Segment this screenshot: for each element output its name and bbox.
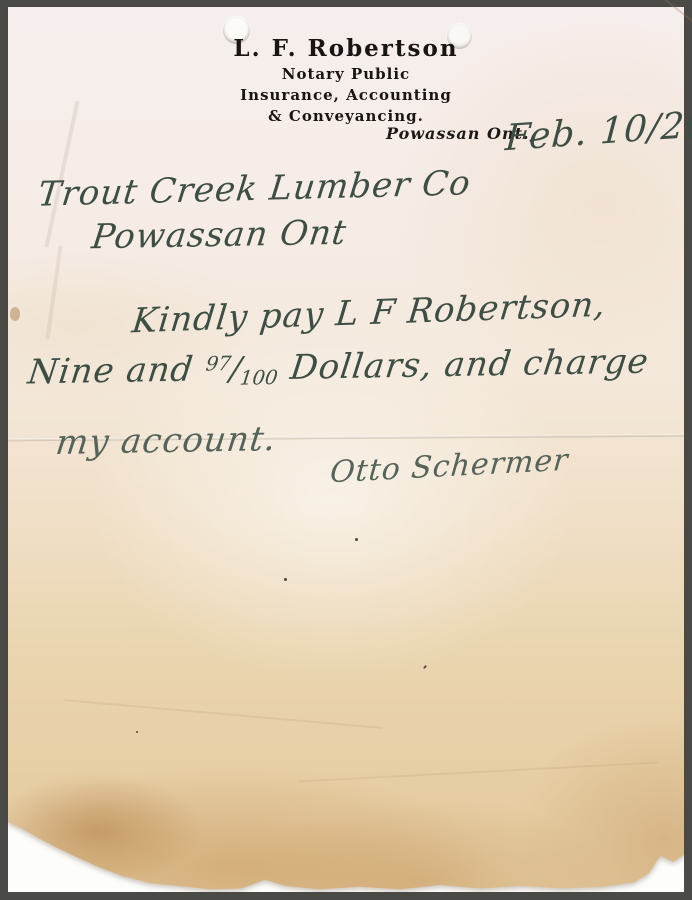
recipient-place: Powassan Ont xyxy=(90,213,350,258)
body-line-1: Kindly pay L F Robertson, xyxy=(130,285,608,342)
corner-crease xyxy=(630,0,692,32)
signature: Otto Schermer xyxy=(329,443,570,491)
fraction-numerator: 97 xyxy=(204,352,232,375)
scanned-letter: L. F. Robertson Notary Public Insurance,… xyxy=(0,0,692,900)
body-line-3: my account. xyxy=(54,419,279,463)
amount-fraction: 97/100 xyxy=(203,348,281,389)
letter-content: L. F. Robertson Notary Public Insurance,… xyxy=(8,7,684,892)
body-line-2: Nine and 97/100 Dollars, and charge xyxy=(26,342,652,393)
amount-words-start: Nine and xyxy=(26,349,208,392)
dust-speck xyxy=(136,731,138,733)
fraction-denominator: 100 xyxy=(239,366,279,390)
letterhead-title: Notary Public xyxy=(8,65,684,83)
edge-stain xyxy=(10,307,20,321)
dust-speck xyxy=(423,665,427,669)
scanner-background: L. F. Robertson Notary Public Insurance,… xyxy=(8,7,684,892)
recipient-name: Trout Creek Lumber Co xyxy=(36,163,473,214)
letterhead-services-line: Insurance, Accounting xyxy=(8,86,684,104)
ink-ghost-mark xyxy=(45,245,62,340)
dust-speck xyxy=(284,578,287,581)
letterhead: L. F. Robertson Notary Public Insurance,… xyxy=(8,35,684,125)
amount-words-end: Dollars, and charge xyxy=(276,342,651,389)
dust-speck xyxy=(355,538,358,541)
wrinkle-line xyxy=(298,762,658,783)
wrinkle-line xyxy=(64,699,383,729)
letterhead-name: L. F. Robertson xyxy=(8,35,684,62)
